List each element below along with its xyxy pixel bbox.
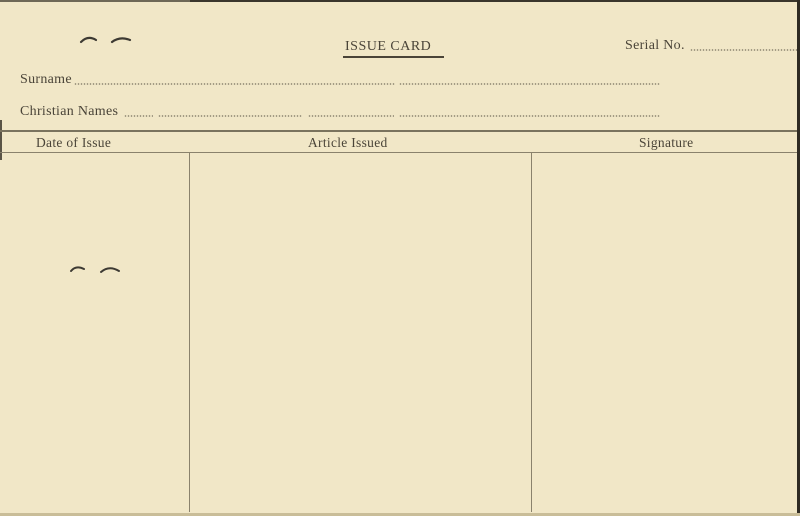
christian-names-label: Christian Names <box>20 104 118 120</box>
christian-names-field-2[interactable] <box>158 115 302 117</box>
surname-label: Surname <box>20 72 72 88</box>
date-of-issue-column[interactable] <box>0 153 189 513</box>
column-header-date-of-issue: Date of Issue <box>36 135 111 151</box>
surname-field-continued[interactable] <box>399 83 660 85</box>
title-underline <box>343 56 444 58</box>
article-issued-column[interactable] <box>190 153 531 513</box>
christian-names-field-4[interactable] <box>399 115 660 117</box>
staple-mark-icon <box>78 33 134 45</box>
issue-card: ISSUE CARD Serial No. Surname Christian … <box>0 0 800 516</box>
table-top-rule <box>0 130 797 132</box>
column-header-article-issued: Article Issued <box>308 135 388 151</box>
surname-field[interactable] <box>74 83 395 85</box>
column-header-signature: Signature <box>639 135 693 151</box>
serial-label: Serial No. <box>625 38 685 54</box>
serial-field[interactable] <box>690 49 797 51</box>
signature-column[interactable] <box>532 153 797 513</box>
card-title: ISSUE CARD <box>345 39 431 55</box>
card-top-edge-light <box>0 0 190 2</box>
christian-names-field[interactable] <box>124 115 153 117</box>
christian-names-field-3[interactable] <box>308 115 394 117</box>
